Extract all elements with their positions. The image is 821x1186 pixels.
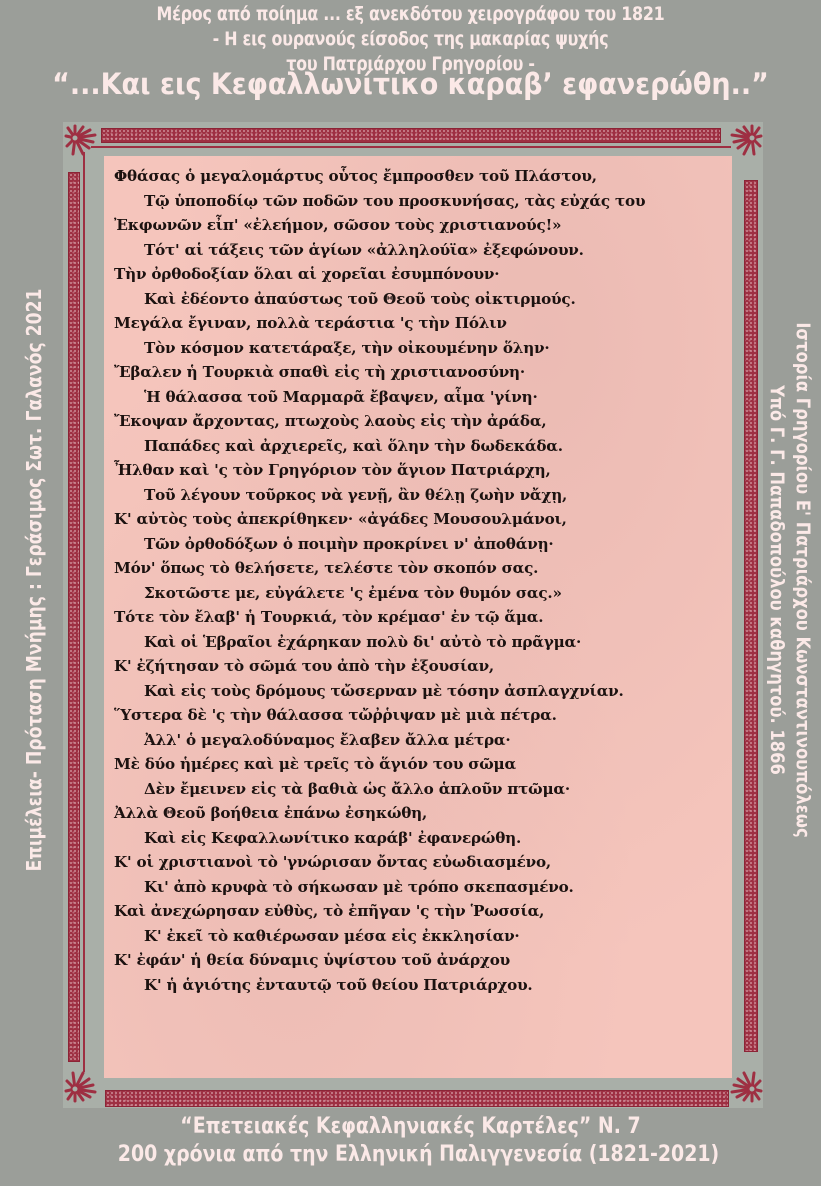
- series-title: “Επετειακές Κεφαλληνιακές Καρτέλες” Ν. 7: [57, 1113, 763, 1141]
- poem-line: Φθάσας ὁ μεγαλομάρτυς οὗτος ἔμπροσθεν το…: [114, 164, 726, 189]
- header: Μέρος από ποίημα ... εξ ανεκδότου χειρογ…: [0, 0, 821, 99]
- poem-line: Μὲ δύο ἡμέρες καὶ μὲ τρεῖς τὸ ἅγιόν του …: [114, 752, 726, 777]
- poem-line: Κ' οἱ χριστιανοὶ τὸ 'γνώρισαν ὄντας εὐωδ…: [114, 850, 726, 875]
- poem-line: Τότε τὸν ἔλαβ' ἡ Τουρκιά, τὸν κρέμασ' ἐν…: [114, 605, 726, 630]
- poem-line: Ὕστερα δὲ 'ς τὴν θάλασσα τὤῤῥιψαν μὲ μιὰ…: [114, 703, 726, 728]
- poem-line: Κ' ἐζήτησαν τὸ σῶμά του ἀπὸ τὴν ἐξουσίαν…: [114, 654, 726, 679]
- footer: “Επετειακές Κεφαλληνιακές Καρτέλες” Ν. 7…: [0, 1113, 821, 1169]
- frame-band-top: [101, 128, 721, 143]
- poem-line: Τῶν ὀρθοδόξων ὁ ποιμὴν προκρίνει ν' ἀποθ…: [114, 532, 726, 557]
- poem-line: Δὲν ἔμεινεν εἰς τὰ βαθιὰ ὡς ἄλλο ἁπλοῦν …: [114, 777, 726, 802]
- source-title: Ιστορία Γρηγορίου Ε' Πατριάρχου Κωνσταντ…: [791, 322, 815, 837]
- frame-band-bottom: [105, 1090, 729, 1107]
- poem-line: Κ' ἐκεῖ τὸ καθιέρωσαν μέσα εἰς ἐκκλησίαν…: [114, 924, 726, 949]
- poem-line: Τότ' αἱ τάξεις τῶν ἁγίων «ἀλληλούϊα» ἐξε…: [114, 238, 726, 263]
- header-subtitle-line-2: - Η εις ουρανούς είσοδος της μακαρίας ψυ…: [57, 27, 763, 52]
- editor-credit: Επιμέλεια- Πρόταση Μνήμης : Γεράσιμος Σω…: [22, 288, 46, 871]
- frame-rule-top: [91, 146, 731, 148]
- poem-line: Σκοτῶστε με, εὐγάλετε 'ς ἐμένα τὸν θυμόν…: [114, 581, 726, 606]
- source-author: Υπό Γ. Γ. Παπαδοπούλου καθηγητού. 1866: [765, 385, 789, 775]
- poem-page: Φθάσας ὁ μεγαλομάρτυς οὗτος ἔμπροσθεν το…: [104, 156, 732, 1078]
- corner-flower-icon: [63, 124, 109, 170]
- poem-line: Ἦλθαν καὶ 'ς τὸν Γρηγόριον τὸν ἅγιον Πατ…: [114, 458, 726, 483]
- poem-line: Τοῦ λέγουν τοῦρκος νὰ γενῇ, ἂν θέλῃ ζωὴν…: [114, 483, 726, 508]
- poem-line: Κ' ἡ ἁγιότης ἐνταυτῷ τοῦ θείου Πατριάρχο…: [114, 973, 726, 998]
- poem-line: Μόν' ὅπως τὸ θελήσετε, τελέστε τὸν σκοπό…: [114, 556, 726, 581]
- poem-line: Παπάδες καὶ ἀρχιερεῖς, καὶ ὅλην τὴν δωδε…: [114, 434, 726, 459]
- poem-line: Καὶ ἐδέοντο ἀπαύστως τοῦ Θεοῦ τοὺς οἰκτι…: [114, 287, 726, 312]
- poem-line: Ἀλλὰ Θεοῦ βοήθεια ἐπάνω ἐσηκώθη,: [114, 801, 726, 826]
- poem-text: Φθάσας ὁ μεγαλομάρτυς οὗτος ἔμπροσθεν το…: [114, 164, 726, 997]
- poem-line: Ἡ θάλασσα τοῦ Μαρμαρᾶ ἔβαψεν, αἷμα 'γίνη…: [114, 385, 726, 410]
- poem-line: Τὸν κόσμον κατετάραξε, τὴν οἰκουμένην ὅλ…: [114, 336, 726, 361]
- frame-band-left: [68, 172, 80, 1062]
- anniversary-caption: 200 χρόνια από την Ελληνική Παλιγγενεσία…: [72, 1141, 764, 1169]
- frame-rule-left: [83, 152, 85, 1072]
- poem-line: Καὶ εἰς Κεφαλλωνίτικο καράβ' ἐφανερώθη.: [114, 826, 726, 851]
- header-subtitle-line-1: Μέρος από ποίημα ... εξ ανεκδότου χειρογ…: [57, 2, 763, 27]
- poem-line: Ἔβαλεν ἡ Τουρκιὰ σπαθὶ εἰς τὴ χριστιανοσ…: [114, 360, 726, 385]
- poem-line: Καὶ ἀνεχώρησαν εὐθὺς, τὸ ἐπῆγαν 'ς τὴν Ῥ…: [114, 899, 726, 924]
- poem-line: Καὶ οἱ Ἑβραῖοι ἐχάρηκαν πολὺ δι' αὐτὸ τὸ…: [114, 630, 726, 655]
- frame-band-right: [744, 180, 758, 1052]
- poem-line: Καὶ εἰς τοὺς δρόμους τὤσερναν μὲ τόσην ἀ…: [114, 679, 726, 704]
- poem-line: Κι' ἀπὸ κρυφὰ τὸ σήκωσαν μὲ τρόπο σκεπασ…: [114, 875, 726, 900]
- poem-line: Κ' αὐτὸς τοὺς ἀπεκρίθηκεν· «ἀγάδες Μουσο…: [114, 507, 726, 532]
- poem-line: Κ' ἐφάν' ἡ θεία δύναμις ὑψίστου τοῦ ἀνάρ…: [114, 948, 726, 973]
- poem-line: Τὴν ὀρθοδοξίαν ὅλαι αἱ χορεῖαι ἐσυμπόνου…: [114, 262, 726, 287]
- poem-line: Ἀλλ' ὁ μεγαλοδύναμος ἔλαβεν ἄλλα μέτρα·: [114, 728, 726, 753]
- corner-flower-icon: [63, 1057, 109, 1103]
- poem-line: Ἔκοψαν ἄρχοντας, πτωχοὺς λαοὺς εἰς τὴν ἀ…: [114, 409, 726, 434]
- poem-line: Τῷ ὑποποδίῳ τῶν ποδῶν του προσκυνήσας, τ…: [114, 189, 726, 214]
- poem-line: Ἐκφωνῶν εἶπ' «ἐλεήμον, σῶσον τοὺς χριστι…: [114, 213, 726, 238]
- page-title: “...Και εις Κεφαλλωνίτικο καραβ’ εφανερώ…: [29, 69, 793, 99]
- poem-line: Μεγάλα ἔγιναν, πολλὰ τεράστια 'ς τὴν Πόλ…: [114, 311, 726, 336]
